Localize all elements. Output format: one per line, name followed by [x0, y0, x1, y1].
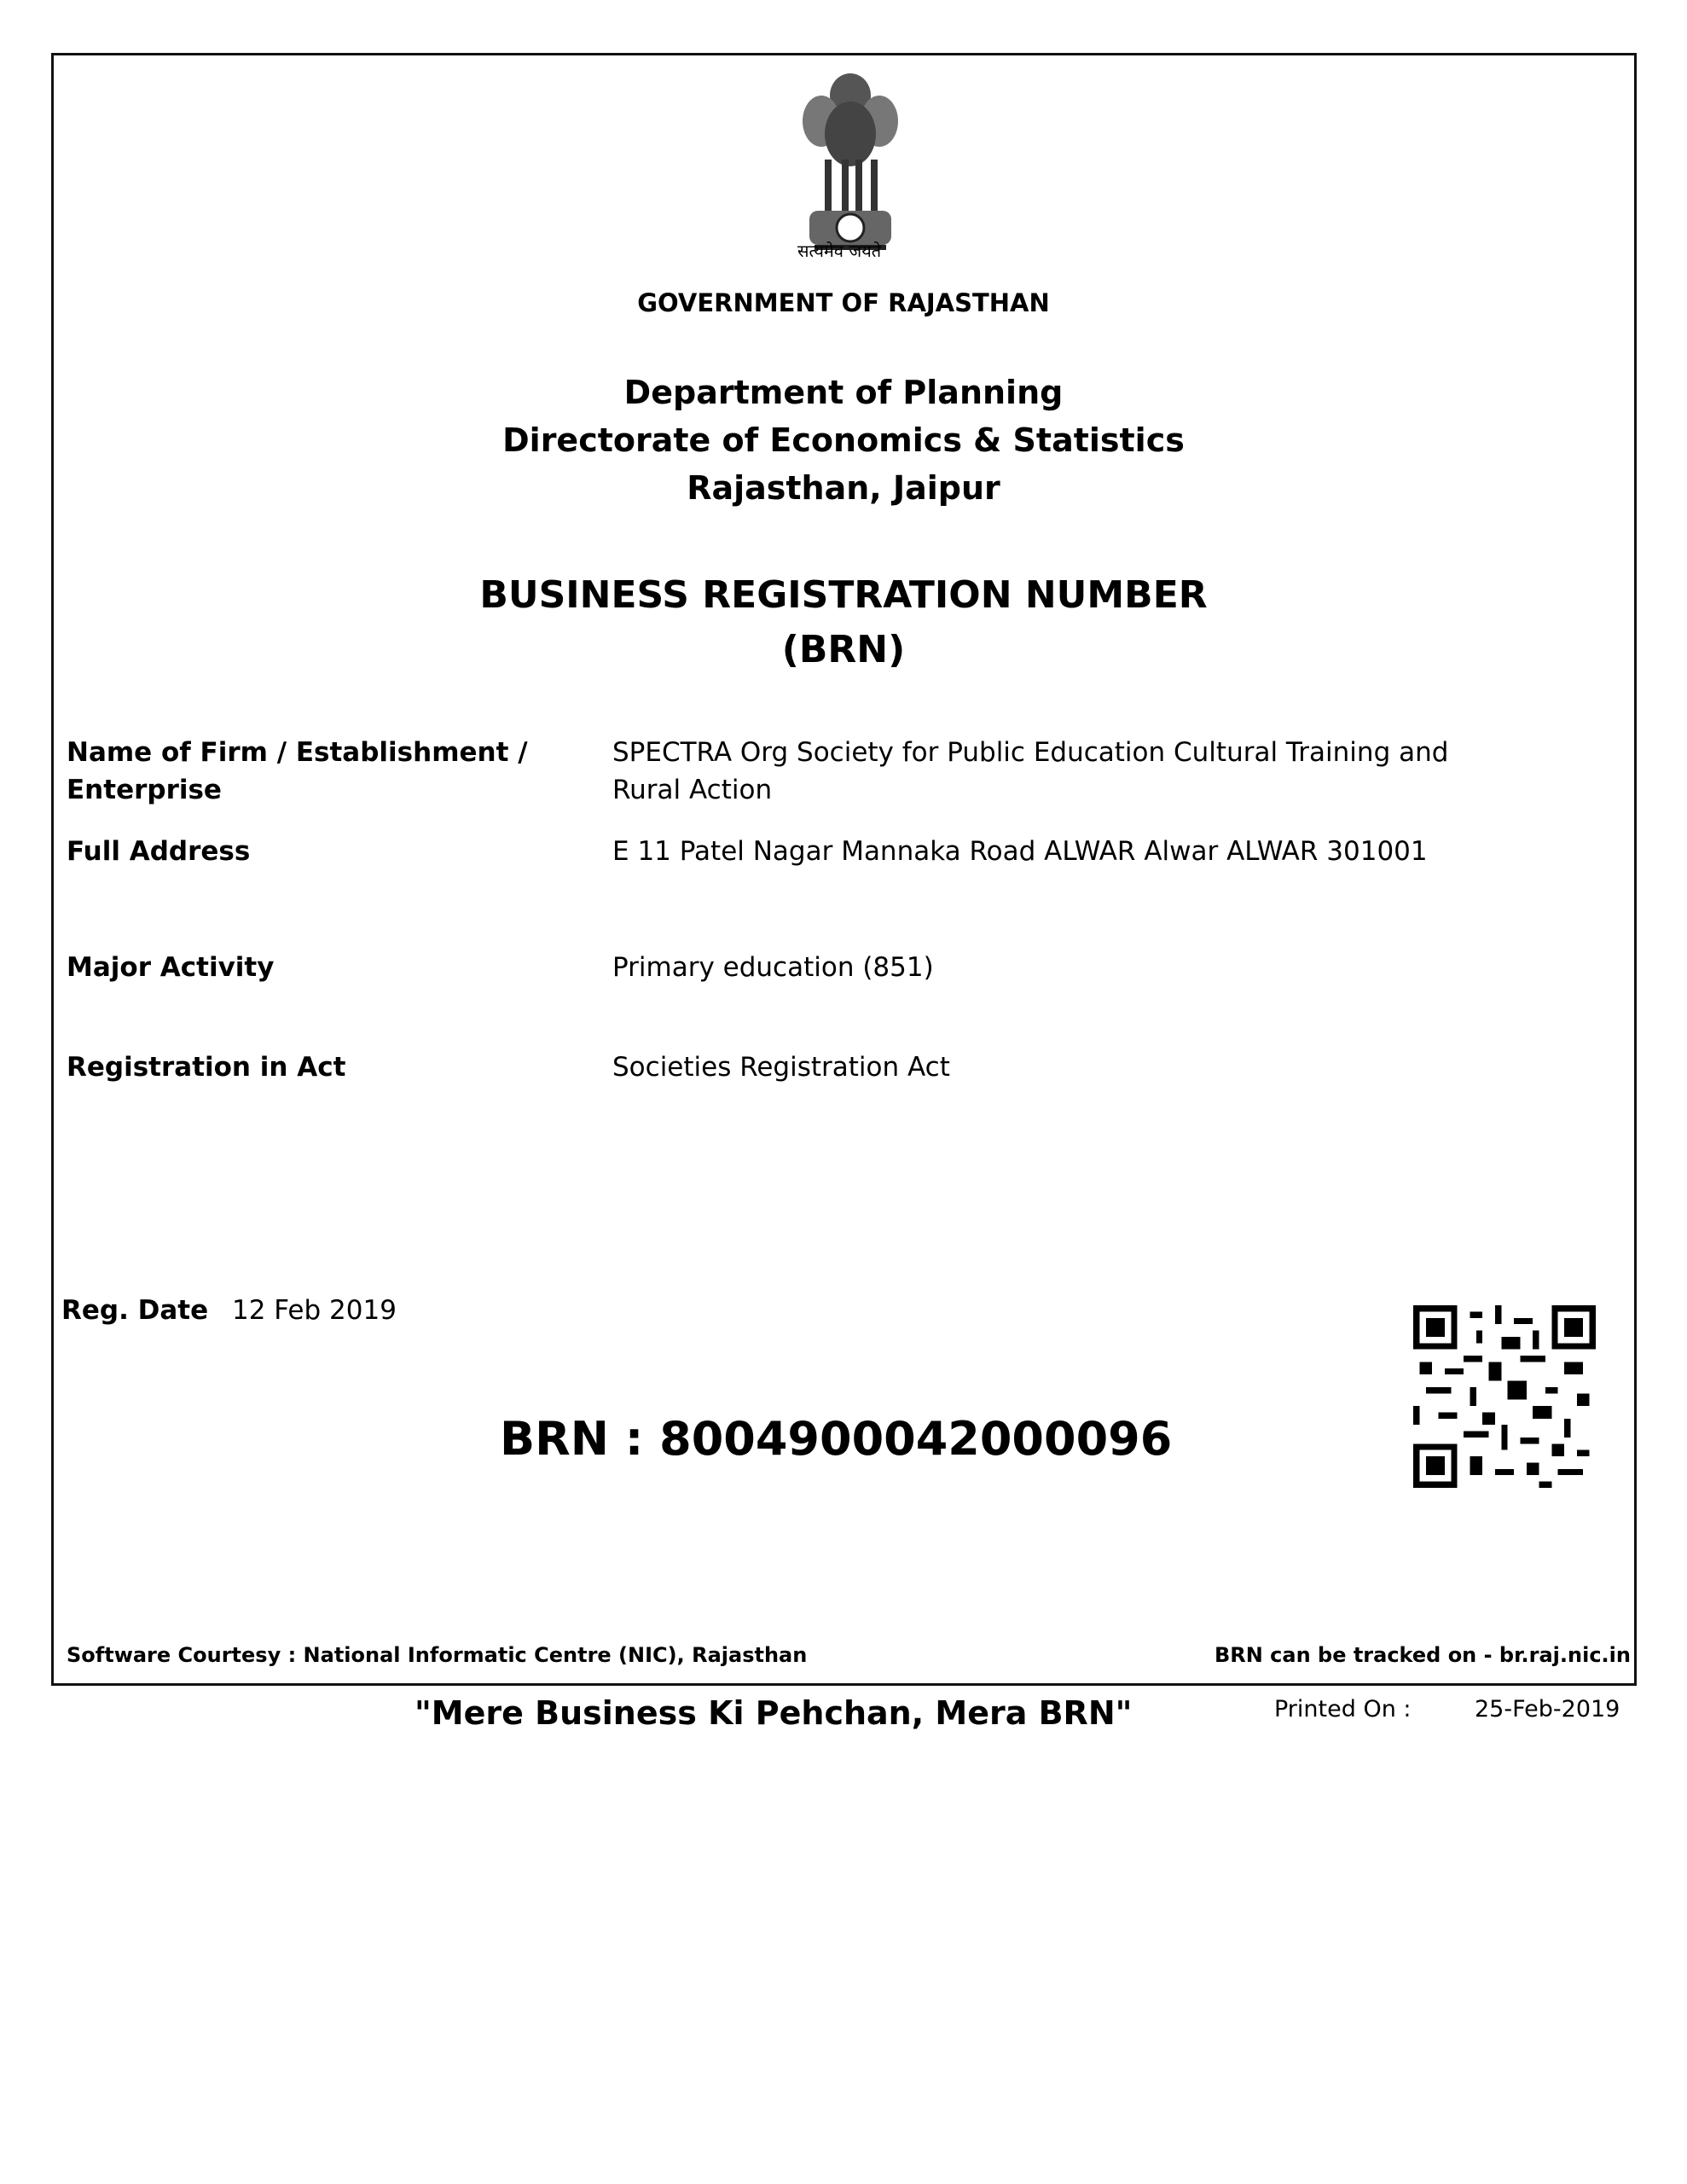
field-value-address: E 11 Patel Nagar Mannaka Road ALWAR Alwa… [612, 833, 1465, 870]
title-line: BUSINESS REGISTRATION NUMBER [0, 568, 1687, 623]
reg-date-label: Reg. Date [61, 1295, 208, 1326]
printed-on-label: Printed On : [1274, 1696, 1411, 1722]
slogan: "Mere Business Ki Pehchan, Mera BRN" [415, 1694, 1132, 1732]
field-label-activity: Major Activity [67, 949, 274, 986]
field-label-firm-name: Name of Firm / Establishment /Enterprise [67, 734, 528, 809]
field-label-address: Full Address [67, 833, 250, 870]
reg-date-value: 12 Feb 2019 [232, 1295, 397, 1326]
department-line: Department of Planning [0, 369, 1687, 416]
field-value-firm-name: SPECTRA Org Society for Public Education… [612, 734, 1465, 809]
emblem-motto: सत्यमेव जयते [797, 239, 881, 262]
brn-number: BRN : 8004900042000096 [500, 1412, 1172, 1466]
software-courtesy: Software Courtesy : National Informatic … [67, 1643, 807, 1667]
certificate-title: BUSINESS REGISTRATION NUMBER (BRN) [0, 568, 1687, 677]
department-heading: Department of Planning Directorate of Ec… [0, 369, 1687, 512]
location-line: Rajasthan, Jaipur [0, 464, 1687, 512]
field-value-activity: Primary education (851) [612, 949, 1465, 986]
tracking-info: BRN can be tracked on - br.raj.nic.in [1215, 1643, 1631, 1667]
qr-code-icon [1409, 1305, 1600, 1488]
field-label-act: Registration in Act [67, 1048, 345, 1086]
government-heading: GOVERNMENT OF RAJASTHAN [0, 288, 1687, 317]
national-emblem-icon [791, 61, 910, 266]
title-abbrev: (BRN) [0, 623, 1687, 677]
directorate-line: Directorate of Economics & Statistics [0, 416, 1687, 464]
printed-on-value: 25-Feb-2019 [1475, 1696, 1620, 1722]
field-value-act: Societies Registration Act [612, 1048, 1465, 1086]
